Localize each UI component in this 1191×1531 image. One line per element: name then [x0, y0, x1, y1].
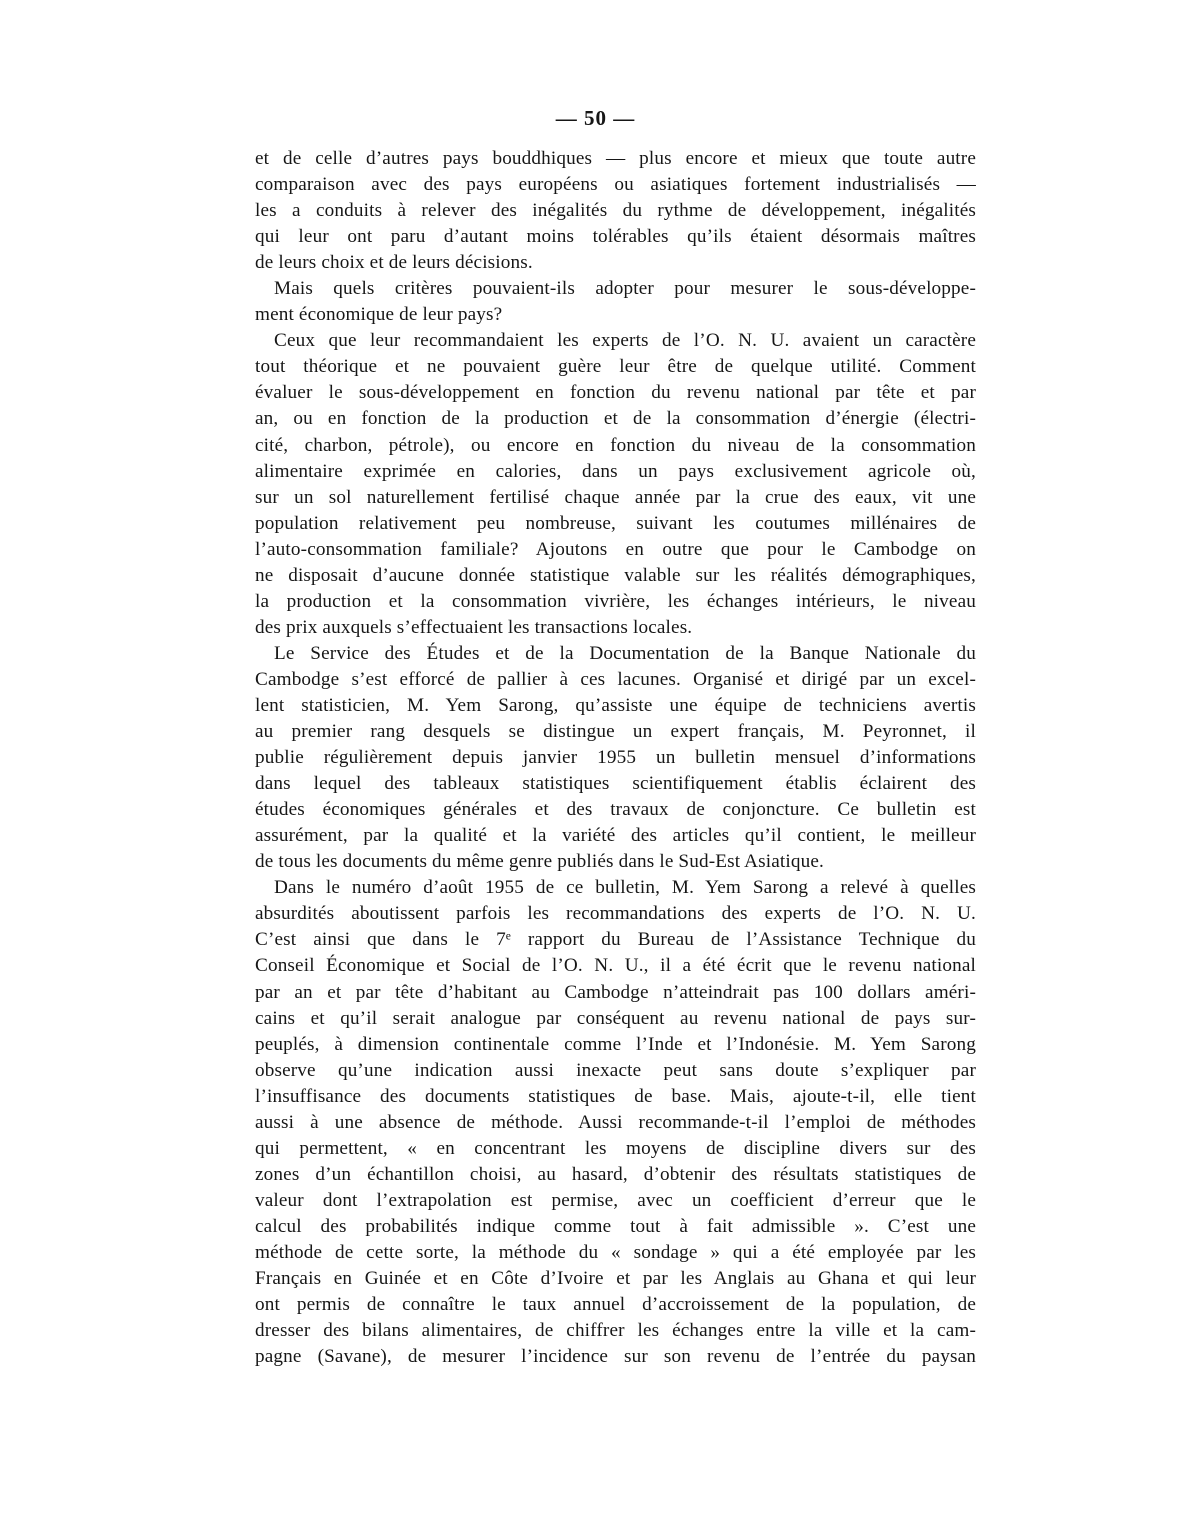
- page-number: — 50 —: [0, 106, 1191, 131]
- text-line: population relativement peu nombreuse, s…: [255, 511, 976, 537]
- body-text: et de celle d’autres pays bouddhiques — …: [255, 146, 976, 1370]
- text-line: Ceux que leur recommandaient les experts…: [255, 328, 976, 354]
- text-line: pagne (Savane), de mesurer l’incidence s…: [255, 1344, 976, 1370]
- text-line: dans lequel des tableaux statistiques sc…: [255, 771, 976, 797]
- text-line: an, ou en fonction de la production et d…: [255, 406, 976, 432]
- text-line: publie régulièrement depuis janvier 1955…: [255, 745, 976, 771]
- text-line: et de celle d’autres pays bouddhiques — …: [255, 146, 976, 172]
- text-line: cité, charbon, pétrole), ou encore en fo…: [255, 433, 976, 459]
- text-line: Cambodge s’est efforcé de pallier à ces …: [255, 667, 976, 693]
- text-line: Français en Guinée et en Côte d’Ivoire e…: [255, 1266, 976, 1292]
- text-line: études économiques générales et des trav…: [255, 797, 976, 823]
- text-line: ment économique de leur pays?: [255, 302, 976, 328]
- text-line: calcul des probabilités indique comme to…: [255, 1214, 976, 1240]
- text-line: Dans le numéro d’août 1955 de ce bulleti…: [255, 875, 976, 901]
- text-line: observe qu’une indication aussi inexacte…: [255, 1058, 976, 1084]
- document-page: — 50 — et de celle d’autres pays bouddhi…: [0, 0, 1191, 1531]
- text-line: au premier rang desquels se distingue un…: [255, 719, 976, 745]
- text-line: C’est ainsi que dans le 7ᵉ rapport du Bu…: [255, 927, 976, 953]
- text-line: qui permettent, « en concentrant les moy…: [255, 1136, 976, 1162]
- text-line: évaluer le sous-développement en fonctio…: [255, 380, 976, 406]
- text-line: tout théorique et ne pouvaient guère leu…: [255, 354, 976, 380]
- text-line: Le Service des Études et de la Documenta…: [255, 641, 976, 667]
- text-line: peuplés, à dimension continentale comme …: [255, 1032, 976, 1058]
- text-line: zones d’un échantillon choisi, au hasard…: [255, 1162, 976, 1188]
- text-line: l’auto-consommation familiale? Ajoutons …: [255, 537, 976, 563]
- text-line: méthode de cette sorte, la méthode du « …: [255, 1240, 976, 1266]
- text-line: Conseil Économique et Social de l’O. N. …: [255, 953, 976, 979]
- text-line: de leurs choix et de leurs décisions.: [255, 250, 976, 276]
- text-line: sur un sol naturellement fertilisé chaqu…: [255, 485, 976, 511]
- text-line: ont permis de connaître le taux annuel d…: [255, 1292, 976, 1318]
- text-line: la production et la consommation vivrièr…: [255, 589, 976, 615]
- paragraph: Dans le numéro d’août 1955 de ce bulleti…: [255, 875, 976, 1370]
- text-line: les a conduits à relever des inégalités …: [255, 198, 976, 224]
- text-line: comparaison avec des pays européens ou a…: [255, 172, 976, 198]
- text-line: cains et qu’il serait analogue par consé…: [255, 1006, 976, 1032]
- paragraph: Mais quels critères pouvaient-ils adopte…: [255, 276, 976, 328]
- text-line: lent statisticien, M. Yem Sarong, qu’ass…: [255, 693, 976, 719]
- paragraph: Le Service des Études et de la Documenta…: [255, 641, 976, 875]
- paragraph: Ceux que leur recommandaient les experts…: [255, 328, 976, 641]
- text-line: des prix auxquels s’effectuaient les tra…: [255, 615, 976, 641]
- text-line: dresser des bilans alimentaires, de chif…: [255, 1318, 976, 1344]
- text-line: par an et par tête d’habitant au Cambodg…: [255, 980, 976, 1006]
- text-line: de tous les documents du même genre publ…: [255, 849, 976, 875]
- text-line: aussi à une absence de méthode. Aussi re…: [255, 1110, 976, 1136]
- text-line: absurdités aboutissent parfois les recom…: [255, 901, 976, 927]
- text-line: l’insuffisance des documents statistique…: [255, 1084, 976, 1110]
- paragraph: et de celle d’autres pays bouddhiques — …: [255, 146, 976, 276]
- text-line: Mais quels critères pouvaient-ils adopte…: [255, 276, 976, 302]
- text-line: qui leur ont paru d’autant moins tolérab…: [255, 224, 976, 250]
- text-line: assurément, par la qualité et la variété…: [255, 823, 976, 849]
- text-line: alimentaire exprimée en calories, dans u…: [255, 459, 976, 485]
- text-line: valeur dont l’extrapolation est permise,…: [255, 1188, 976, 1214]
- text-line: ne disposait d’aucune donnée statistique…: [255, 563, 976, 589]
